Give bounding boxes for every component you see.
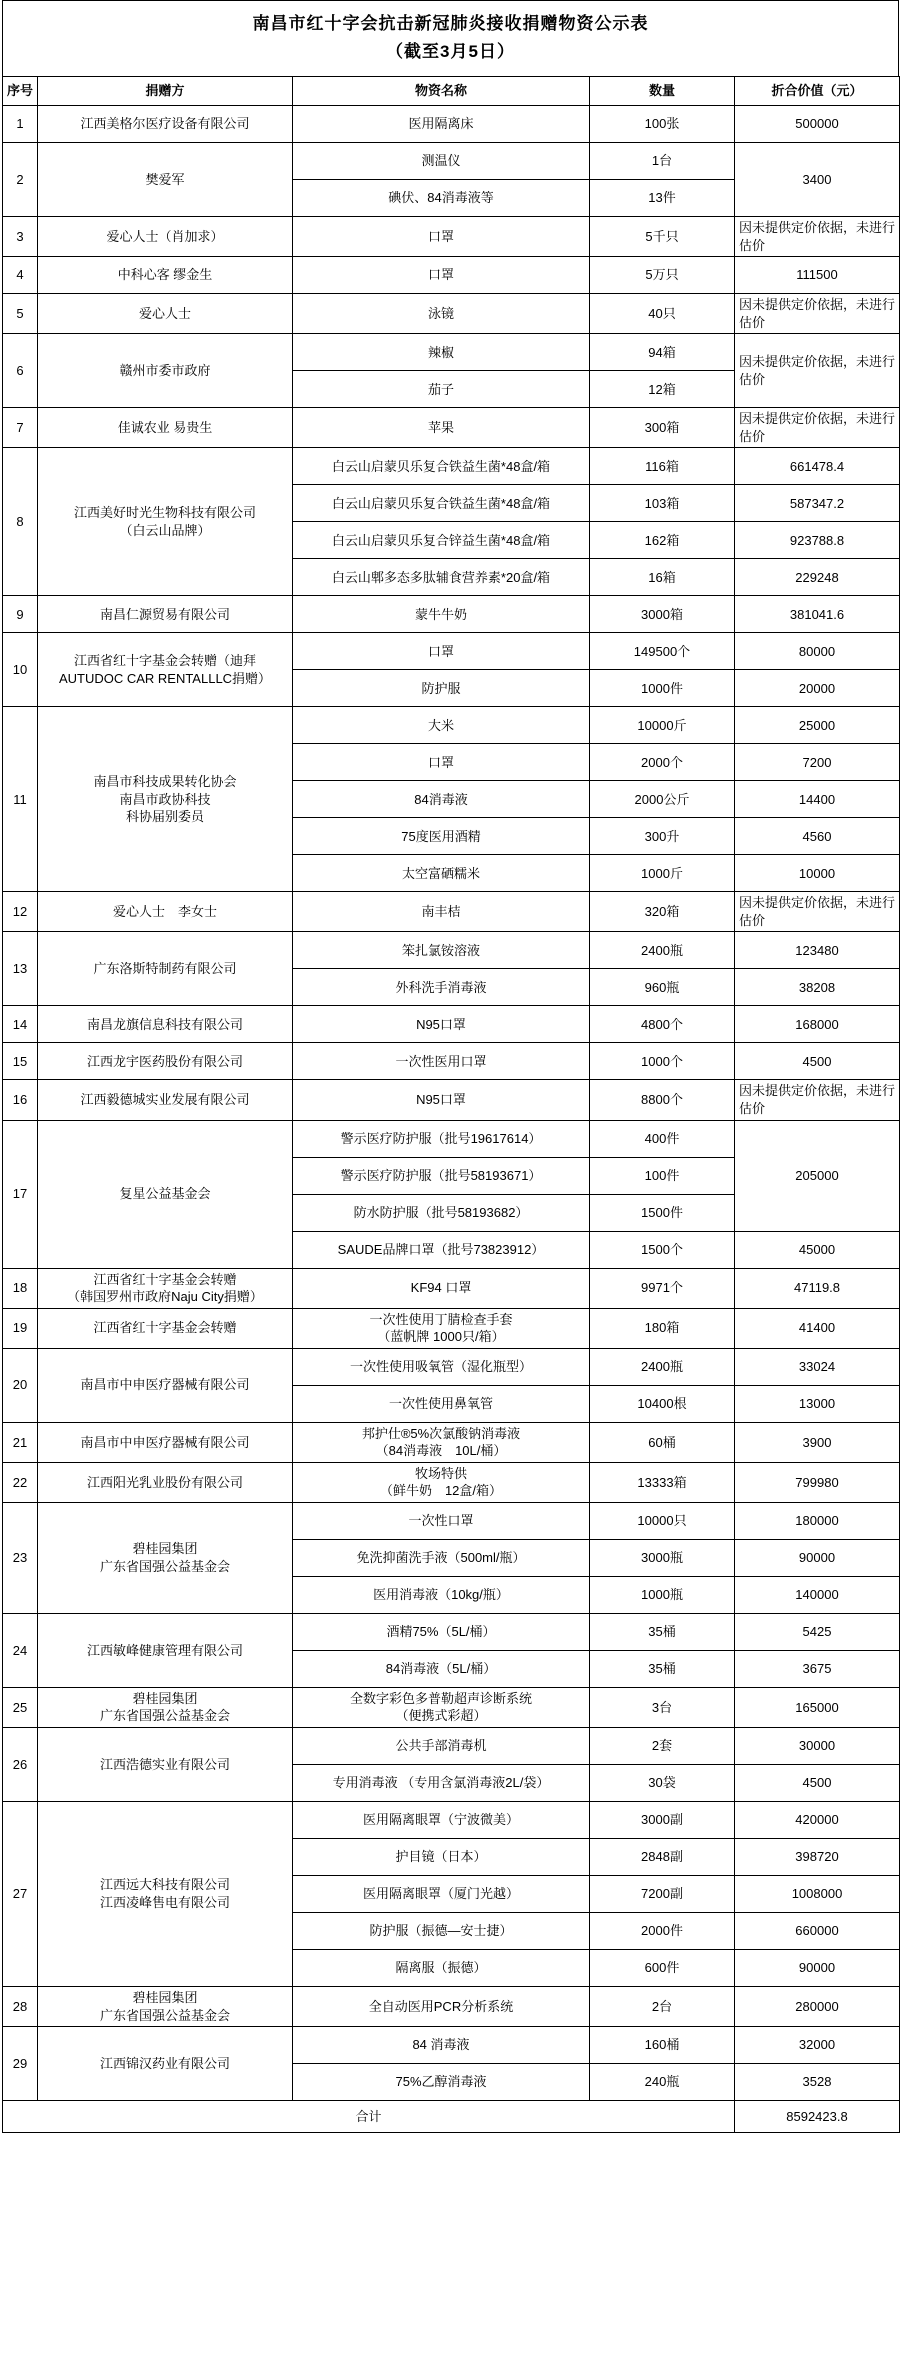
donor-cell: 江西省红十字基金会转赠 [38,1308,293,1348]
table-row: 3爱心人士（肖加求）口罩5千只因未提供定价依据，未进行估价 [3,217,900,257]
material-name-cell: 专用消毒液 （专用含氯消毒液2L/袋） [293,1765,590,1802]
table-row: 17复星公益基金会警示医疗防护服（批号19617614）400件205000 [3,1120,900,1157]
material-name-cell: SAUDE品牌口罩（批号73823912） [293,1231,590,1268]
quantity-cell: 162箱 [590,522,735,559]
row-number-cell: 28 [3,1987,38,2027]
quantity-cell: 2400瓶 [590,932,735,969]
value-cell: 111500 [735,257,900,294]
material-name-cell: 隔离服（振德） [293,1950,590,1987]
value-cell: 47119.8 [735,1268,900,1308]
value-cell: 45000 [735,1231,900,1268]
row-number-cell: 4 [3,257,38,294]
col-header-index: 序号 [3,77,38,106]
value-cell: 660000 [735,1913,900,1950]
quantity-cell: 40只 [590,294,735,334]
row-number-cell: 22 [3,1462,38,1502]
table-row: 21南昌市中申医疗器械有限公司邦护仕®5%次氯酸钠消毒液 （84消毒液 10L/… [3,1422,900,1462]
value-cell: 32000 [735,2027,900,2064]
row-number-cell: 19 [3,1308,38,1348]
table-footer: 合计 8592423.8 [3,2101,900,2133]
material-name-cell: 邦护仕®5%次氯酸钠消毒液 （84消毒液 10L/桶） [293,1422,590,1462]
total-row: 合计 8592423.8 [3,2101,900,2133]
value-cell: 4500 [735,1043,900,1080]
value-cell: 90000 [735,1950,900,1987]
donor-cell: 江西锦汉药业有限公司 [38,2027,293,2101]
material-name-cell: 苹果 [293,408,590,448]
donor-cell: 碧桂园集团 广东省国强公益基金会 [38,1687,293,1727]
row-number-cell: 12 [3,892,38,932]
value-cell: 7200 [735,744,900,781]
value-cell: 923788.8 [735,522,900,559]
quantity-cell: 16箱 [590,559,735,596]
donor-cell: 江西美好时光生物科技有限公司 （白云山品牌） [38,448,293,596]
table-row: 10江西省红十字基金会转赠（迪拜 AUTUDOC CAR RENTALLLC捐赠… [3,633,900,670]
quantity-cell: 1000件 [590,670,735,707]
table-row: 16江西毅德城实业发展有限公司N95口罩8800个因未提供定价依据，未进行估价 [3,1080,900,1120]
donor-cell: 广东洛斯特制药有限公司 [38,932,293,1006]
quantity-cell: 103箱 [590,485,735,522]
quantity-cell: 35桶 [590,1650,735,1687]
value-cell: 3528 [735,2064,900,2101]
material-name-cell: 防护服（振德—安士捷） [293,1913,590,1950]
row-number-cell: 2 [3,143,38,217]
quantity-cell: 100件 [590,1157,735,1194]
table-row: 11南昌市科技成果转化协会 南昌市政协科技 科协届别委员大米10000斤2500… [3,707,900,744]
row-number-cell: 13 [3,932,38,1006]
table-row: 29江西锦汉药业有限公司84 消毒液160桶32000 [3,2027,900,2064]
value-cell: 398720 [735,1839,900,1876]
row-number-cell: 8 [3,448,38,596]
table-row: 5爱心人士泳镜40只因未提供定价依据，未进行估价 [3,294,900,334]
material-name-cell: 口罩 [293,217,590,257]
quantity-cell: 13件 [590,180,735,217]
material-name-cell: 全自动医用PCR分析系统 [293,1987,590,2027]
quantity-cell: 1000瓶 [590,1576,735,1613]
row-number-cell: 27 [3,1802,38,1987]
quantity-cell: 4800个 [590,1006,735,1043]
donor-cell: 江西毅德城实业发展有限公司 [38,1080,293,1120]
row-number-cell: 23 [3,1502,38,1613]
material-name-cell: 太空富硒糯米 [293,855,590,892]
donation-table-body: 1江西美格尔医疗设备有限公司医用隔离床100张5000002樊爱军测温仪1台34… [3,106,900,2101]
quantity-cell: 2848副 [590,1839,735,1876]
donor-cell: 复星公益基金会 [38,1120,293,1268]
quantity-cell: 320箱 [590,892,735,932]
quantity-cell: 2000公斤 [590,781,735,818]
material-name-cell: 护目镜（日本） [293,1839,590,1876]
material-name-cell: 全数字彩色多普勒超声诊断系统 （便携式彩超） [293,1687,590,1727]
table-row: 4中科心客 缪金生口罩5万只111500 [3,257,900,294]
donor-cell: 佳诚农业 易贵生 [38,408,293,448]
value-cell: 205000 [735,1120,900,1231]
row-number-cell: 29 [3,2027,38,2101]
value-cell: 33024 [735,1348,900,1385]
material-name-cell: 辣椒 [293,334,590,371]
donor-cell: 江西阳光乳业股份有限公司 [38,1462,293,1502]
donor-cell: 江西浩德实业有限公司 [38,1728,293,1802]
donor-cell: 南昌仁源贸易有限公司 [38,596,293,633]
material-name-cell: 酒精75%（5L/桶） [293,1613,590,1650]
col-header-quantity: 数量 [590,77,735,106]
row-number-cell: 24 [3,1613,38,1687]
donor-cell: 樊爱军 [38,143,293,217]
material-name-cell: 84消毒液（5L/桶） [293,1650,590,1687]
table-row: 23碧桂园集团 广东省国强公益基金会一次性口罩10000只180000 [3,1502,900,1539]
material-name-cell: 口罩 [293,633,590,670]
quantity-cell: 13333箱 [590,1462,735,1502]
quantity-cell: 149500个 [590,633,735,670]
material-name-cell: 白云山郫多态多肽辅食营养素*20盒/箱 [293,559,590,596]
quantity-cell: 10000只 [590,1502,735,1539]
value-cell: 4500 [735,1765,900,1802]
value-cell: 90000 [735,1539,900,1576]
row-number-cell: 15 [3,1043,38,1080]
value-cell: 20000 [735,670,900,707]
value-cell: 420000 [735,1802,900,1839]
material-name-cell: 一次性口罩 [293,1502,590,1539]
material-name-cell: 笨扎氯铵溶液 [293,932,590,969]
quantity-cell: 60桶 [590,1422,735,1462]
table-row: 8江西美好时光生物科技有限公司 （白云山品牌）白云山启蒙贝乐复合铁益生菌*48盒… [3,448,900,485]
material-name-cell: 医用隔离床 [293,106,590,143]
page-title-line1: 南昌市红十字会抗击新冠肺炎接收捐赠物资公示表 [3,10,898,38]
value-cell: 180000 [735,1502,900,1539]
col-header-value: 折合价值（元） [735,77,900,106]
donor-cell: 江西远大科技有限公司 江西凌峰售电有限公司 [38,1802,293,1987]
value-cell: 3400 [735,143,900,217]
donor-cell: 碧桂园集团 广东省国强公益基金会 [38,1502,293,1613]
row-number-cell: 14 [3,1006,38,1043]
quantity-cell: 1500件 [590,1194,735,1231]
material-name-cell: 警示医疗防护服（批号19617614） [293,1120,590,1157]
row-number-cell: 5 [3,294,38,334]
material-name-cell: KF94 口罩 [293,1268,590,1308]
material-name-cell: 口罩 [293,257,590,294]
quantity-cell: 3000副 [590,1802,735,1839]
quantity-cell: 3台 [590,1687,735,1727]
value-cell: 因未提供定价依据，未进行估价 [735,217,900,257]
table-row: 18江西省红十字基金会转赠 （韩国罗州市政府Naju City捐赠）KF94 口… [3,1268,900,1308]
value-cell: 30000 [735,1728,900,1765]
donor-cell: 爱心人士（肖加求） [38,217,293,257]
value-cell: 661478.4 [735,448,900,485]
value-cell: 229248 [735,559,900,596]
material-name-cell: 蒙牛牛奶 [293,596,590,633]
quantity-cell: 300升 [590,818,735,855]
value-cell: 80000 [735,633,900,670]
value-cell: 因未提供定价依据，未进行估价 [735,408,900,448]
quantity-cell: 5千只 [590,217,735,257]
material-name-cell: 医用消毒液（10kg/瓶） [293,1576,590,1613]
col-header-donor: 捐赠方 [38,77,293,106]
table-row: 22江西阳光乳业股份有限公司牧场特供 （鲜牛奶 12盒/箱）13333箱7999… [3,1462,900,1502]
quantity-cell: 2000个 [590,744,735,781]
row-number-cell: 3 [3,217,38,257]
value-cell: 381041.6 [735,596,900,633]
table-header: 序号 捐赠方 物资名称 数量 折合价值（元） [3,77,900,106]
quantity-cell: 30袋 [590,1765,735,1802]
table-row: 28碧桂园集团 广东省国强公益基金会全自动医用PCR分析系统2台280000 [3,1987,900,2027]
material-name-cell: 茄子 [293,371,590,408]
material-name-cell: 测温仪 [293,143,590,180]
value-cell: 因未提供定价依据，未进行估价 [735,294,900,334]
value-cell: 41400 [735,1308,900,1348]
material-name-cell: 一次性使用吸氧管（湿化瓶型） [293,1348,590,1385]
quantity-cell: 2400瓶 [590,1348,735,1385]
value-cell: 5425 [735,1613,900,1650]
quantity-cell: 240瓶 [590,2064,735,2101]
value-cell: 140000 [735,1576,900,1613]
row-number-cell: 20 [3,1348,38,1422]
quantity-cell: 9971个 [590,1268,735,1308]
value-cell: 25000 [735,707,900,744]
value-cell: 799980 [735,1462,900,1502]
material-name-cell: 一次性使用丁腈检查手套 （蓝帆牌 1000只/箱） [293,1308,590,1348]
row-number-cell: 21 [3,1422,38,1462]
value-cell: 14400 [735,781,900,818]
donor-cell: 南昌市中申医疗器械有限公司 [38,1422,293,1462]
donor-cell: 南昌市中申医疗器械有限公司 [38,1348,293,1422]
quantity-cell: 100张 [590,106,735,143]
material-name-cell: 防护服 [293,670,590,707]
table-row: 15江西龙宇医药股份有限公司一次性医用口罩1000个4500 [3,1043,900,1080]
material-name-cell: 免洗抑菌洗手液（500ml/瓶） [293,1539,590,1576]
material-name-cell: 南丰桔 [293,892,590,932]
donor-cell: 爱心人士 李女士 [38,892,293,932]
donation-disclosure-sheet: 南昌市红十字会抗击新冠肺炎接收捐赠物资公示表 （截至3月5日） 序号 捐赠方 物… [2,0,899,2133]
row-number-cell: 17 [3,1120,38,1268]
quantity-cell: 1000斤 [590,855,735,892]
donor-cell: 中科心客 缪金生 [38,257,293,294]
quantity-cell: 10400根 [590,1385,735,1422]
quantity-cell: 3000瓶 [590,1539,735,1576]
material-name-cell: 84 消毒液 [293,2027,590,2064]
quantity-cell: 400件 [590,1120,735,1157]
page-title-line2: （截至3月5日） [3,38,898,66]
value-cell: 168000 [735,1006,900,1043]
donor-cell: 南昌龙旗信息科技有限公司 [38,1006,293,1043]
quantity-cell: 1台 [590,143,735,180]
donor-cell: 赣州市委市政府 [38,334,293,408]
material-name-cell: 一次性使用鼻氧管 [293,1385,590,1422]
quantity-cell: 10000斤 [590,707,735,744]
page-title: 南昌市红十字会抗击新冠肺炎接收捐赠物资公示表 （截至3月5日） [2,0,899,76]
table-row: 20南昌市中申医疗器械有限公司一次性使用吸氧管（湿化瓶型）2400瓶33024 [3,1348,900,1385]
value-cell: 4560 [735,818,900,855]
table-row: 26江西浩德实业有限公司公共手部消毒机2套30000 [3,1728,900,1765]
table-row: 14南昌龙旗信息科技有限公司N95口罩4800个168000 [3,1006,900,1043]
value-cell: 13000 [735,1385,900,1422]
row-number-cell: 11 [3,707,38,892]
material-name-cell: 外科洗手消毒液 [293,969,590,1006]
value-cell: 123480 [735,932,900,969]
material-name-cell: 医用隔离眼罩（厦门光越） [293,1876,590,1913]
table-row: 25碧桂园集团 广东省国强公益基金会全数字彩色多普勒超声诊断系统 （便携式彩超）… [3,1687,900,1727]
quantity-cell: 300箱 [590,408,735,448]
quantity-cell: 12箱 [590,371,735,408]
value-cell: 1008000 [735,1876,900,1913]
material-name-cell: 大米 [293,707,590,744]
table-row: 2樊爱军测温仪1台3400 [3,143,900,180]
value-cell: 165000 [735,1687,900,1727]
value-cell: 3675 [735,1650,900,1687]
value-cell: 500000 [735,106,900,143]
donor-cell: 爱心人士 [38,294,293,334]
quantity-cell: 35桶 [590,1613,735,1650]
row-number-cell: 7 [3,408,38,448]
row-number-cell: 9 [3,596,38,633]
table-row: 7佳诚农业 易贵生苹果300箱因未提供定价依据，未进行估价 [3,408,900,448]
quantity-cell: 160桶 [590,2027,735,2064]
material-name-cell: 75%乙醇消毒液 [293,2064,590,2101]
donor-cell: 江西龙宇医药股份有限公司 [38,1043,293,1080]
row-number-cell: 16 [3,1080,38,1120]
table-row: 9南昌仁源贸易有限公司蒙牛牛奶3000箱381041.6 [3,596,900,633]
table-row: 6赣州市委市政府辣椒94箱因未提供定价依据，未进行估价 [3,334,900,371]
quantity-cell: 5万只 [590,257,735,294]
row-number-cell: 1 [3,106,38,143]
donor-cell: 江西敏峰健康管理有限公司 [38,1613,293,1687]
quantity-cell: 2000件 [590,1913,735,1950]
value-cell: 38208 [735,969,900,1006]
total-value-cell: 8592423.8 [735,2101,900,2133]
material-name-cell: 白云山启蒙贝乐复合铁益生菌*48盒/箱 [293,448,590,485]
material-name-cell: 防水防护服（批号58193682） [293,1194,590,1231]
value-cell: 280000 [735,1987,900,2027]
material-name-cell: N95口罩 [293,1080,590,1120]
donation-table: 序号 捐赠方 物资名称 数量 折合价值（元） 1江西美格尔医疗设备有限公司医用隔… [2,76,900,2133]
table-row: 27江西远大科技有限公司 江西凌峰售电有限公司医用隔离眼罩（宁波微美）3000副… [3,1802,900,1839]
quantity-cell: 7200副 [590,1876,735,1913]
quantity-cell: 180箱 [590,1308,735,1348]
row-number-cell: 6 [3,334,38,408]
quantity-cell: 94箱 [590,334,735,371]
value-cell: 587347.2 [735,485,900,522]
material-name-cell: 泳镜 [293,294,590,334]
value-cell: 3900 [735,1422,900,1462]
value-cell: 因未提供定价依据，未进行估价 [735,1080,900,1120]
quantity-cell: 3000箱 [590,596,735,633]
row-number-cell: 26 [3,1728,38,1802]
donor-cell: 江西美格尔医疗设备有限公司 [38,106,293,143]
col-header-material: 物资名称 [293,77,590,106]
header-row: 序号 捐赠方 物资名称 数量 折合价值（元） [3,77,900,106]
material-name-cell: 医用隔离眼罩（宁波微美） [293,1802,590,1839]
material-name-cell: 白云山启蒙贝乐复合锌益生菌*48盒/箱 [293,522,590,559]
quantity-cell: 2台 [590,1987,735,2027]
quantity-cell: 8800个 [590,1080,735,1120]
quantity-cell: 1500个 [590,1231,735,1268]
donor-cell: 江西省红十字基金会转赠（迪拜 AUTUDOC CAR RENTALLLC捐赠） [38,633,293,707]
material-name-cell: 警示医疗防护服（批号58193671） [293,1157,590,1194]
value-cell: 10000 [735,855,900,892]
material-name-cell: 公共手部消毒机 [293,1728,590,1765]
row-number-cell: 25 [3,1687,38,1727]
donor-cell: 南昌市科技成果转化协会 南昌市政协科技 科协届别委员 [38,707,293,892]
material-name-cell: 75度医用酒精 [293,818,590,855]
value-cell: 因未提供定价依据，未进行估价 [735,334,900,408]
material-name-cell: 口罩 [293,744,590,781]
value-cell: 因未提供定价依据，未进行估价 [735,892,900,932]
table-row: 19江西省红十字基金会转赠一次性使用丁腈检查手套 （蓝帆牌 1000只/箱）18… [3,1308,900,1348]
material-name-cell: 碘伏、84消毒液等 [293,180,590,217]
table-row: 1江西美格尔医疗设备有限公司医用隔离床100张500000 [3,106,900,143]
material-name-cell: N95口罩 [293,1006,590,1043]
material-name-cell: 白云山启蒙贝乐复合铁益生菌*48盒/箱 [293,485,590,522]
quantity-cell: 116箱 [590,448,735,485]
quantity-cell: 600件 [590,1950,735,1987]
material-name-cell: 牧场特供 （鲜牛奶 12盒/箱） [293,1462,590,1502]
table-row: 24江西敏峰健康管理有限公司酒精75%（5L/桶）35桶5425 [3,1613,900,1650]
donor-cell: 碧桂园集团 广东省国强公益基金会 [38,1987,293,2027]
quantity-cell: 1000个 [590,1043,735,1080]
table-row: 13广东洛斯特制药有限公司笨扎氯铵溶液2400瓶123480 [3,932,900,969]
material-name-cell: 84消毒液 [293,781,590,818]
row-number-cell: 10 [3,633,38,707]
donor-cell: 江西省红十字基金会转赠 （韩国罗州市政府Naju City捐赠） [38,1268,293,1308]
material-name-cell: 一次性医用口罩 [293,1043,590,1080]
table-row: 12爱心人士 李女士南丰桔320箱因未提供定价依据，未进行估价 [3,892,900,932]
total-label-cell: 合计 [3,2101,735,2133]
quantity-cell: 960瓶 [590,969,735,1006]
row-number-cell: 18 [3,1268,38,1308]
quantity-cell: 2套 [590,1728,735,1765]
